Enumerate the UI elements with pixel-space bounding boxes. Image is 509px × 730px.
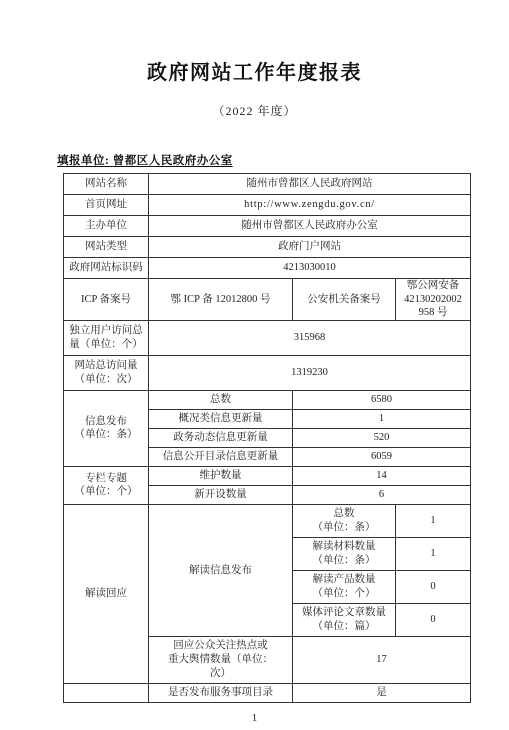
label-line: 958 号: [398, 306, 468, 320]
info-publish-news-label: 政务动态信息更新量: [149, 428, 293, 447]
site-code-label: 政府网站标识码: [64, 258, 149, 279]
interpret-material-label: 解读材料数量 （单位：条）: [293, 537, 396, 570]
label-line: 网站总访问量: [66, 359, 146, 373]
table-row: 是否发布服务事项目录 是: [64, 683, 471, 702]
empty-cell: [64, 683, 149, 702]
security-record-value: 鄂公网安备 42130202002 958 号: [396, 279, 471, 321]
service-catalog-label: 是否发布服务事项目录: [149, 683, 293, 702]
label-line: 专栏专题: [66, 472, 146, 486]
page-number: 1: [0, 712, 509, 724]
label-line: 回应公众关注热点或: [151, 639, 290, 653]
label-line: 量（单位：个）: [66, 338, 146, 352]
interpret-total-value: 1: [396, 504, 471, 537]
reporting-unit-label: 填报单位:: [57, 155, 109, 167]
label-line: 媒体评论文章数量: [295, 606, 393, 620]
table-row: 首页网址 http://www.zengdu.gov.cn/: [64, 195, 471, 216]
info-publish-total-label: 总数: [149, 390, 293, 409]
special-topics-new-label: 新开设数量: [149, 485, 293, 504]
icp-value: 鄂 ICP 备 12012800 号: [149, 279, 293, 321]
unique-visitors-value: 315968: [149, 320, 471, 355]
report-page: 政府网站工作年度报表 （2022 年度） 填报单位: 曾都区人民政府办公室 网站…: [0, 0, 509, 730]
hot-response-label: 回应公众关注热点或 重大舆情数量（单位： 次）: [149, 636, 293, 683]
hot-response-value: 17: [293, 636, 471, 683]
label-line: 鄂公网安备: [398, 279, 468, 293]
interpret-release-label: 解读信息发布: [149, 504, 293, 636]
table-row: 网站名称 随州市曾都区人民政府网站: [64, 174, 471, 195]
interpret-total-label: 总数 （单位：条）: [293, 504, 396, 537]
table-row: 主办单位 随州市曾都区人民政府办公室: [64, 216, 471, 237]
special-topics-group-label: 专栏专题 （单位：个）: [64, 466, 149, 504]
table-row: 网站类型 政府门户网站: [64, 237, 471, 258]
special-topics-new-value: 6: [293, 485, 471, 504]
site-type-value: 政府门户网站: [149, 237, 471, 258]
total-visits-label: 网站总访问量 （单位：次）: [64, 355, 149, 390]
info-publish-overview-value: 1: [293, 409, 471, 428]
report-year: （2022 年度）: [0, 102, 509, 119]
reporting-unit-value: 曾都区人民政府办公室: [113, 155, 233, 167]
homepage-label: 首页网址: [64, 195, 149, 216]
label-line: （单位：条）: [66, 428, 146, 442]
info-publish-total-value: 6580: [293, 390, 471, 409]
reporting-unit: 填报单位: 曾都区人民政府办公室: [57, 152, 509, 168]
organizer-value: 随州市曾都区人民政府办公室: [149, 216, 471, 237]
table-row: 政府网站标识码 4213030010: [64, 258, 471, 279]
interpret-media-value: 0: [396, 603, 471, 636]
interpret-product-value: 0: [396, 570, 471, 603]
site-name-value: 随州市曾都区人民政府网站: [149, 174, 471, 195]
security-record-label: 公安机关备案号: [293, 279, 396, 321]
service-catalog-value: 是: [293, 683, 471, 702]
table-row: 解读回应 解读信息发布 总数 （单位：条） 1: [64, 504, 471, 537]
interpret-response-group-label: 解读回应: [64, 504, 149, 683]
label-line: 解读材料数量: [295, 540, 393, 554]
label-line: 信息发布: [66, 415, 146, 429]
special-topics-maintained-label: 维护数量: [149, 466, 293, 485]
label-line: （单位：个）: [66, 485, 146, 499]
label-line: （单位：个）: [295, 587, 393, 601]
info-publish-catalog-label: 信息公开目录信息更新量: [149, 447, 293, 466]
interpret-material-value: 1: [396, 537, 471, 570]
table-row: 独立用户访问总 量（单位：个） 315968: [64, 320, 471, 355]
interpret-product-label: 解读产品数量 （单位：个）: [293, 570, 396, 603]
info-publish-news-value: 520: [293, 428, 471, 447]
table-row: 专栏专题 （单位：个） 维护数量 14: [64, 466, 471, 485]
special-topics-maintained-value: 14: [293, 466, 471, 485]
site-name-label: 网站名称: [64, 174, 149, 195]
interpret-media-label: 媒体评论文章数量 （单位：篇）: [293, 603, 396, 636]
label-line: 42130202002: [398, 293, 468, 307]
homepage-value: http://www.zengdu.gov.cn/: [149, 195, 471, 216]
info-publish-catalog-value: 6059: [293, 447, 471, 466]
site-code-value: 4213030010: [149, 258, 471, 279]
label-line: （单位：条）: [295, 521, 393, 535]
table-row: ICP 备案号 鄂 ICP 备 12012800 号 公安机关备案号 鄂公网安备…: [64, 279, 471, 321]
label-line: 重大舆情数量（单位：: [151, 653, 290, 667]
label-line: 次）: [151, 667, 290, 681]
page-title: 政府网站工作年度报表: [0, 0, 509, 85]
table-row: 信息发布 （单位：条） 总数 6580: [64, 390, 471, 409]
info-publish-group-label: 信息发布 （单位：条）: [64, 390, 149, 466]
label-line: 总数: [295, 507, 393, 521]
unique-visitors-label: 独立用户访问总 量（单位：个）: [64, 320, 149, 355]
label-line: 解读产品数量: [295, 573, 393, 587]
label-line: 独立用户访问总: [66, 324, 146, 338]
icp-label: ICP 备案号: [64, 279, 149, 321]
label-line: （单位：篇）: [295, 620, 393, 634]
label-line: （单位：次）: [66, 373, 146, 387]
report-table: 网站名称 随州市曾都区人民政府网站 首页网址 http://www.zengdu…: [63, 173, 471, 703]
info-publish-overview-label: 概况类信息更新量: [149, 409, 293, 428]
site-type-label: 网站类型: [64, 237, 149, 258]
total-visits-value: 1319230: [149, 355, 471, 390]
label-line: （单位：条）: [295, 554, 393, 568]
organizer-label: 主办单位: [64, 216, 149, 237]
table-row: 网站总访问量 （单位：次） 1319230: [64, 355, 471, 390]
